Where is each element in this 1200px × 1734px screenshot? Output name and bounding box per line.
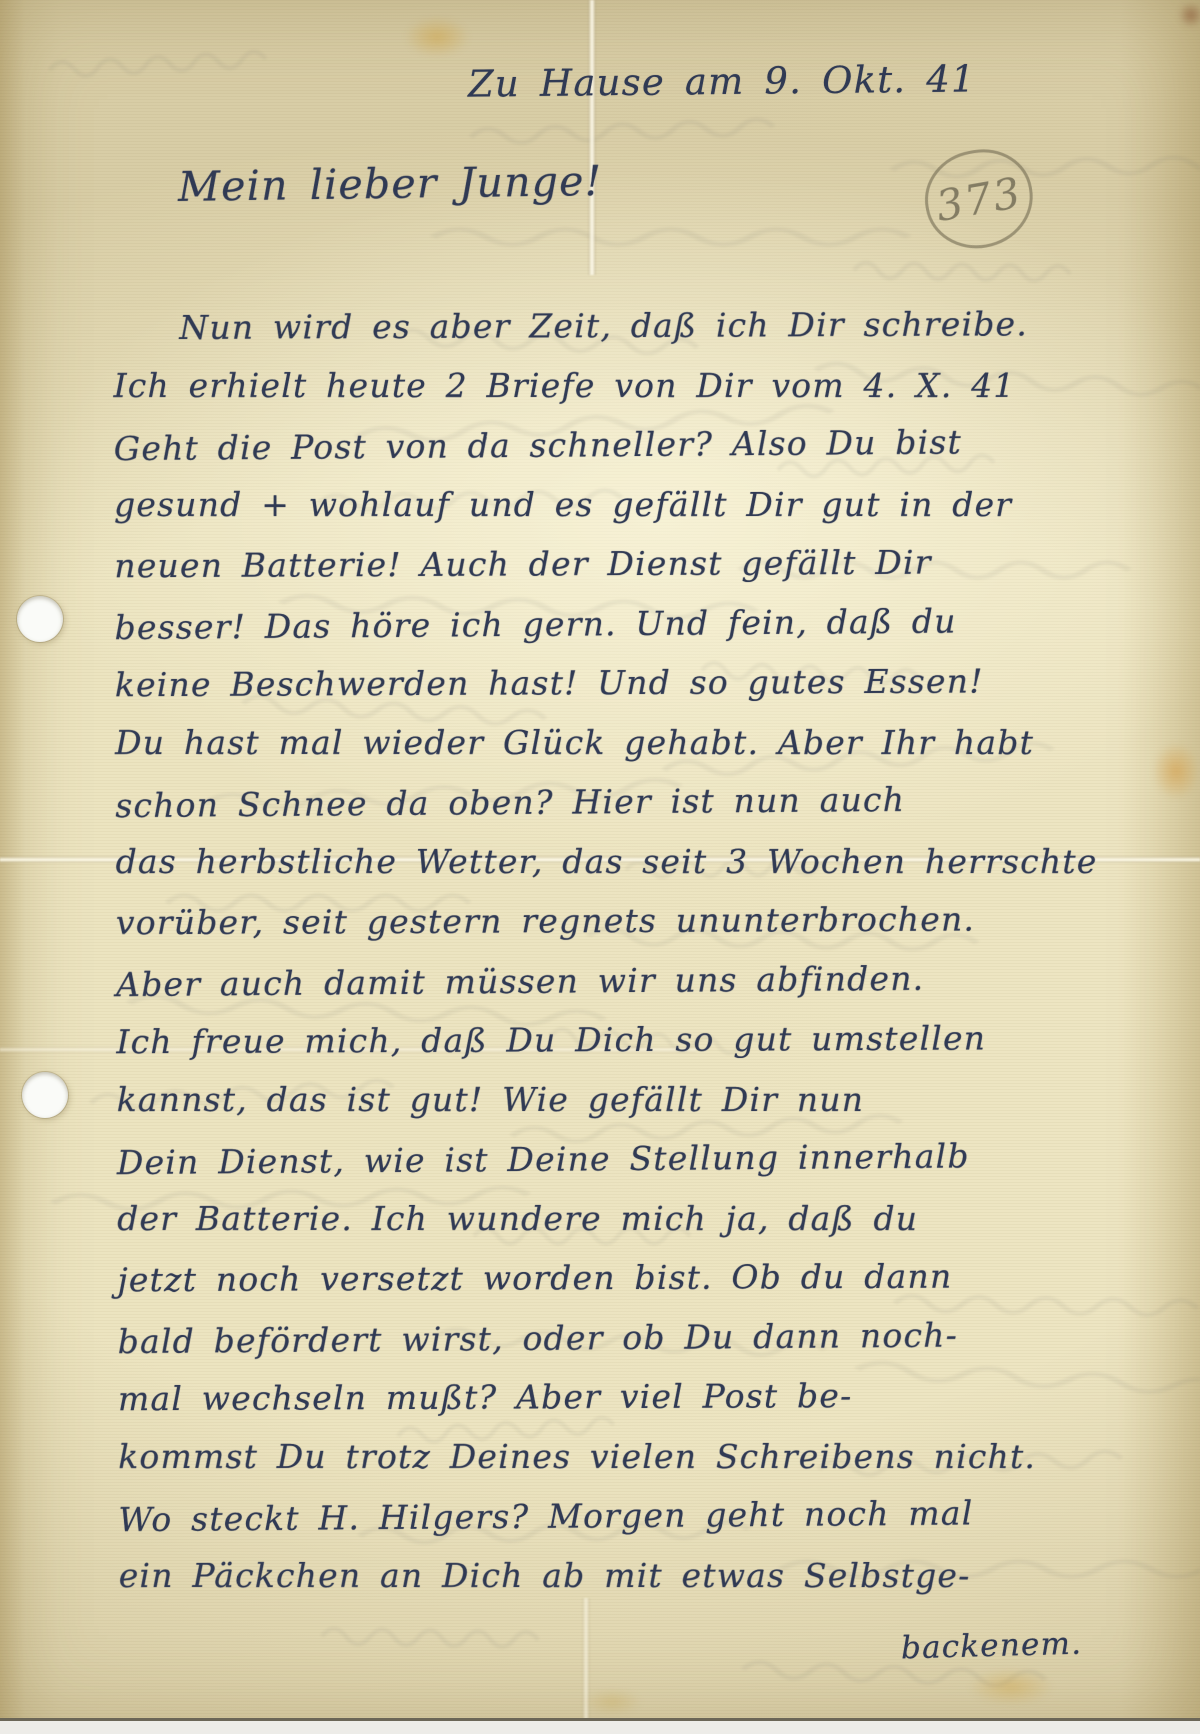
- handwriting-line: Aber auch damit müssen wir uns abfinden.: [116, 946, 1160, 1014]
- handwriting-line: jetzt noch versetzt worden bist. Ob du d…: [117, 1246, 1161, 1310]
- handwriting-line: kannst, das ist gut! Wie gefällt Dir nun: [117, 1069, 1161, 1128]
- handwriting-line: mal wechseln mußt? Aber viel Post be-: [118, 1365, 1162, 1429]
- page-number-value: 373: [932, 167, 1025, 230]
- handwriting-line: Du hast mal wieder Glück gehabt. Aber Ih…: [115, 713, 1159, 773]
- handwriting-line: bald befördert wirst, oder ob Du dann no…: [117, 1303, 1161, 1371]
- handwriting-line: kommst Du trotz Deines vielen Schreibens…: [118, 1426, 1162, 1485]
- paper-stain: [1178, 2, 1200, 28]
- punch-hole-top: [17, 596, 63, 642]
- handwriting-line: schon Schnee da oben? Hier ist nun auch: [115, 768, 1159, 836]
- handwriting-line: besser! Das höre ich gern. Und fein, daß…: [114, 589, 1158, 657]
- handwriting-line: Ich erhielt heute 2 Briefe von Dir vom 4…: [114, 356, 1158, 416]
- punch-hole-bottom: [22, 1072, 68, 1118]
- salutation: Mein lieber Junge!: [178, 157, 603, 211]
- handwriting-line: der Batterie. Ich wundere mich ja, daß d…: [117, 1188, 1161, 1248]
- catchword: backenem.: [900, 1626, 1082, 1667]
- letter-page: 373 Zu Hause am 9. Okt. 41 Mein lieber J…: [0, 0, 1200, 1734]
- handwriting-line: Wo steckt H. Hilgers? Morgen geht noch m…: [118, 1482, 1162, 1550]
- scanner-edge: [0, 1718, 1200, 1734]
- fold-crease-bottom-vertical: [582, 1598, 590, 1734]
- handwriting-line: vorüber, seit gestern regnets ununterbro…: [116, 889, 1160, 953]
- paper-stain: [582, 1688, 642, 1716]
- handwriting-line: das herbstliche Wetter, das seit 3 Woche…: [116, 832, 1160, 892]
- handwriting-line: keine Beschwerden hast! Und so gutes Ess…: [115, 651, 1159, 715]
- dateline: Zu Hause am 9. Okt. 41: [468, 57, 976, 105]
- paper-stain: [404, 16, 470, 58]
- handwriting-line: gesund + wohlauf und es gefällt Dir gut …: [114, 475, 1158, 535]
- handwriting-line: Dein Dienst, wie ist Deine Stellung inne…: [117, 1125, 1161, 1193]
- paper-stain: [968, 1668, 1054, 1706]
- handwriting-line: neuen Batterie! Auch der Dienst gefällt …: [114, 532, 1158, 596]
- letter-body: Nun wird es aber Zeit, daß ich Dir schre…: [113, 294, 1163, 1608]
- fold-crease-top-vertical: [588, 0, 596, 275]
- handwriting-line: Ich freue mich, daß Du Dich so gut umste…: [116, 1008, 1160, 1072]
- handwriting-line: ein Päckchen an Dich ab mit etwas Selbst…: [119, 1545, 1163, 1605]
- handwriting-line: Nun wird es aber Zeit, daß ich Dir schre…: [113, 294, 1157, 358]
- handwriting-line: Geht die Post von da schneller? Also Du …: [114, 411, 1158, 479]
